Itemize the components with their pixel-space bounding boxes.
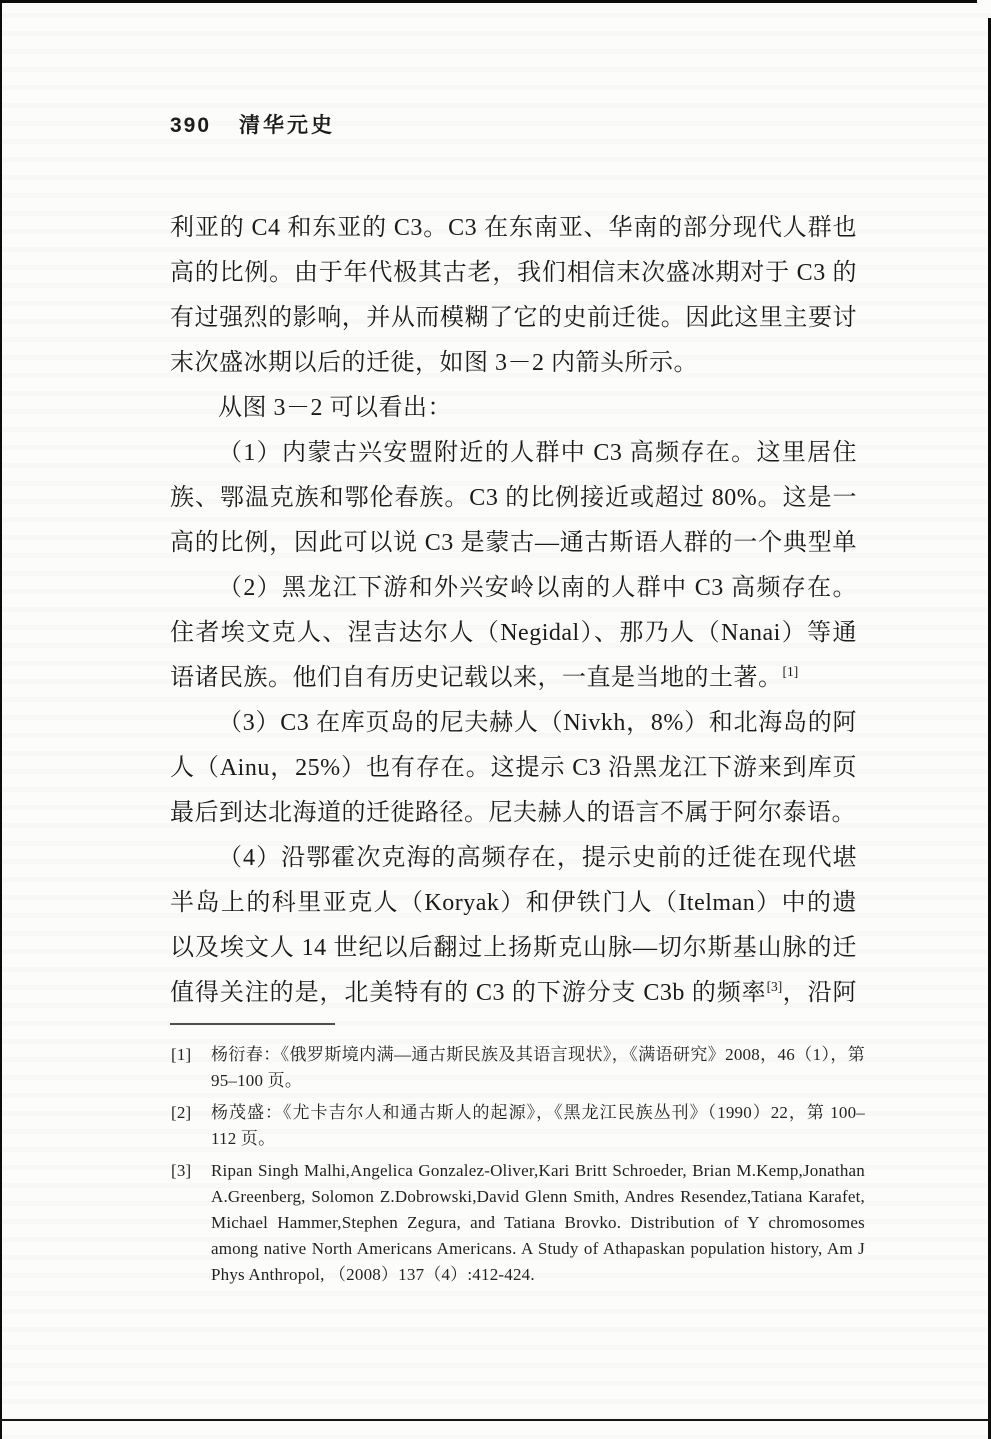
footnote-line: among native North Americans Americans. …: [211, 1236, 865, 1262]
footnote-separator: [170, 1023, 335, 1025]
scan-edge-bottom: [0, 1419, 991, 1421]
paragraph: （3）C3 在库页岛的尼夫赫人（Nivkh，8%）和北海岛的阿伊努人（Ainu，…: [170, 701, 857, 836]
footnote-line: Ripan Singh Malhi,Angelica Gonzalez-Oliv…: [211, 1158, 865, 1184]
footnote-line: 杨衍春：《俄罗斯境内满—通古斯民族及其语言现状》，《满语研究》2008，46（1…: [211, 1042, 865, 1068]
page-number: 390: [170, 114, 211, 138]
body-line: 高的比例。由于年代极其古老，我们相信末次盛冰期对于 C3 的分布: [170, 251, 857, 296]
scan-edge-left: [0, 0, 2, 1439]
footnote-line: 杨茂盛：《尤卡吉尔人和通古斯人的起源》，《黑龙江民族丛刊》（1990）22，第 …: [211, 1100, 865, 1126]
footnote-ref: [3]: [767, 979, 783, 994]
paragraph: （2）黑龙江下游和外兴安岭以南的人群中 C3 高频存在。这里居住者埃文克人、涅吉…: [170, 566, 857, 701]
body-line: 语诸民族。他们自有历史记载以来，一直是当地的土著。[1]: [170, 656, 857, 701]
paragraph: （1）内蒙古兴安盟附近的人群中 C3 高频存在。这里居住着蒙古族、鄂温克族和鄂伦…: [170, 431, 857, 566]
body-line: （2）黑龙江下游和外兴安岭以南的人群中 C3 高频存在。这里居: [170, 566, 857, 611]
body-line: 以及埃文人 14 世纪以后翻过上扬斯克山脉—切尔斯基山脉的迁徙。[2]: [170, 926, 857, 971]
paragraph: 利亚的 C4 和东亚的 C3。C3 在东南亚、华南的部分现代人群也有较高的比例。…: [170, 206, 857, 386]
body-line: （1）内蒙古兴安盟附近的人群中 C3 高频存在。这里居住着蒙古: [170, 431, 857, 476]
footnote-line: 112 页。: [211, 1126, 865, 1152]
body-line: 人（Ainu，25%）也有存在。这提示 C3 沿黑龙江下游来到库页岛，: [170, 746, 857, 791]
book-title: 清华元史: [239, 109, 335, 139]
footnote-line: 95–100 页。: [211, 1068, 865, 1094]
scan-edge-top: [0, 0, 977, 3]
footnote-label: [2]: [171, 1100, 191, 1126]
footnote-ref: [1]: [783, 664, 799, 679]
running-header: 390 清华元史: [170, 109, 335, 139]
footnotes-section: [1]杨衍春：《俄罗斯境内满—通古斯民族及其语言现状》，《满语研究》2008，4…: [171, 1042, 865, 1294]
body-line: 最后到达北海道的迁徙路径。尼夫赫人的语言不属于阿尔泰语。: [170, 791, 857, 836]
body-line: 高的比例，因此可以说 C3 是蒙古—通古斯语人群的一个典型单倍群。: [170, 521, 857, 566]
scanned-book-page: 390 清华元史 利亚的 C4 和东亚的 C3。C3 在东南亚、华南的部分现代人…: [0, 0, 991, 1439]
body-line: 族、鄂温克族和鄂伦春族。C3 的比例接近或超过 80%。这是一个很: [170, 476, 857, 521]
footnote-line: Michael Hammer,Stephen Zegura, and Tatia…: [211, 1210, 865, 1236]
paragraph: 从图 3－2 可以看出：: [170, 386, 857, 431]
footnote: [3]Ripan Singh Malhi,Angelica Gonzalez-O…: [171, 1158, 865, 1288]
footnote-line: Phys Anthropol, （2008）137（4）:412-424.: [211, 1262, 865, 1288]
body-text: 利亚的 C4 和东亚的 C3。C3 在东南亚、华南的部分现代人群也有较高的比例。…: [170, 206, 857, 1016]
paragraph: （4）沿鄂霍次克海的高频存在，提示史前的迁徙在现代堪察加半岛上的科里亚克人（Ko…: [170, 836, 857, 1016]
body-line: 从图 3－2 可以看出：: [170, 386, 857, 431]
footnote: [2]杨茂盛：《尤卡吉尔人和通古斯人的起源》，《黑龙江民族丛刊》（1990）22…: [171, 1100, 865, 1152]
body-line: （4）沿鄂霍次克海的高频存在，提示史前的迁徙在现代堪察加: [170, 836, 857, 881]
footnote: [1]杨衍春：《俄罗斯境内满—通古斯民族及其语言现状》，《满语研究》2008，4…: [171, 1042, 865, 1094]
body-line: 半岛上的科里亚克人（Koryak）和伊铁门人（Itelman）中的遗存，: [170, 881, 857, 926]
body-line: 利亚的 C4 和东亚的 C3。C3 在东南亚、华南的部分现代人群也有较: [170, 206, 857, 251]
footnote-line: A.Greenberg, Solomon Z.Dobrowski,David G…: [211, 1184, 865, 1210]
body-line: 住者埃文克人、涅吉达尔人（Negidal）、那乃人（Nanai）等通古斯: [170, 611, 857, 656]
body-line: （3）C3 在库页岛的尼夫赫人（Nivkh，8%）和北海岛的阿伊努: [170, 701, 857, 746]
body-line: 值得关注的是，北美特有的 C3 的下游分支 C3b 的频率[3]，沿阿拉斯: [170, 971, 857, 1016]
body-line: 末次盛冰期以后的迁徙，如图 3－2 内箭头所示。: [170, 341, 857, 386]
footnote-label: [3]: [171, 1158, 191, 1184]
footnote-label: [1]: [171, 1042, 191, 1068]
body-line: 有过强烈的影响，并从而模糊了它的史前迁徙。因此这里主要讨论: [170, 296, 857, 341]
